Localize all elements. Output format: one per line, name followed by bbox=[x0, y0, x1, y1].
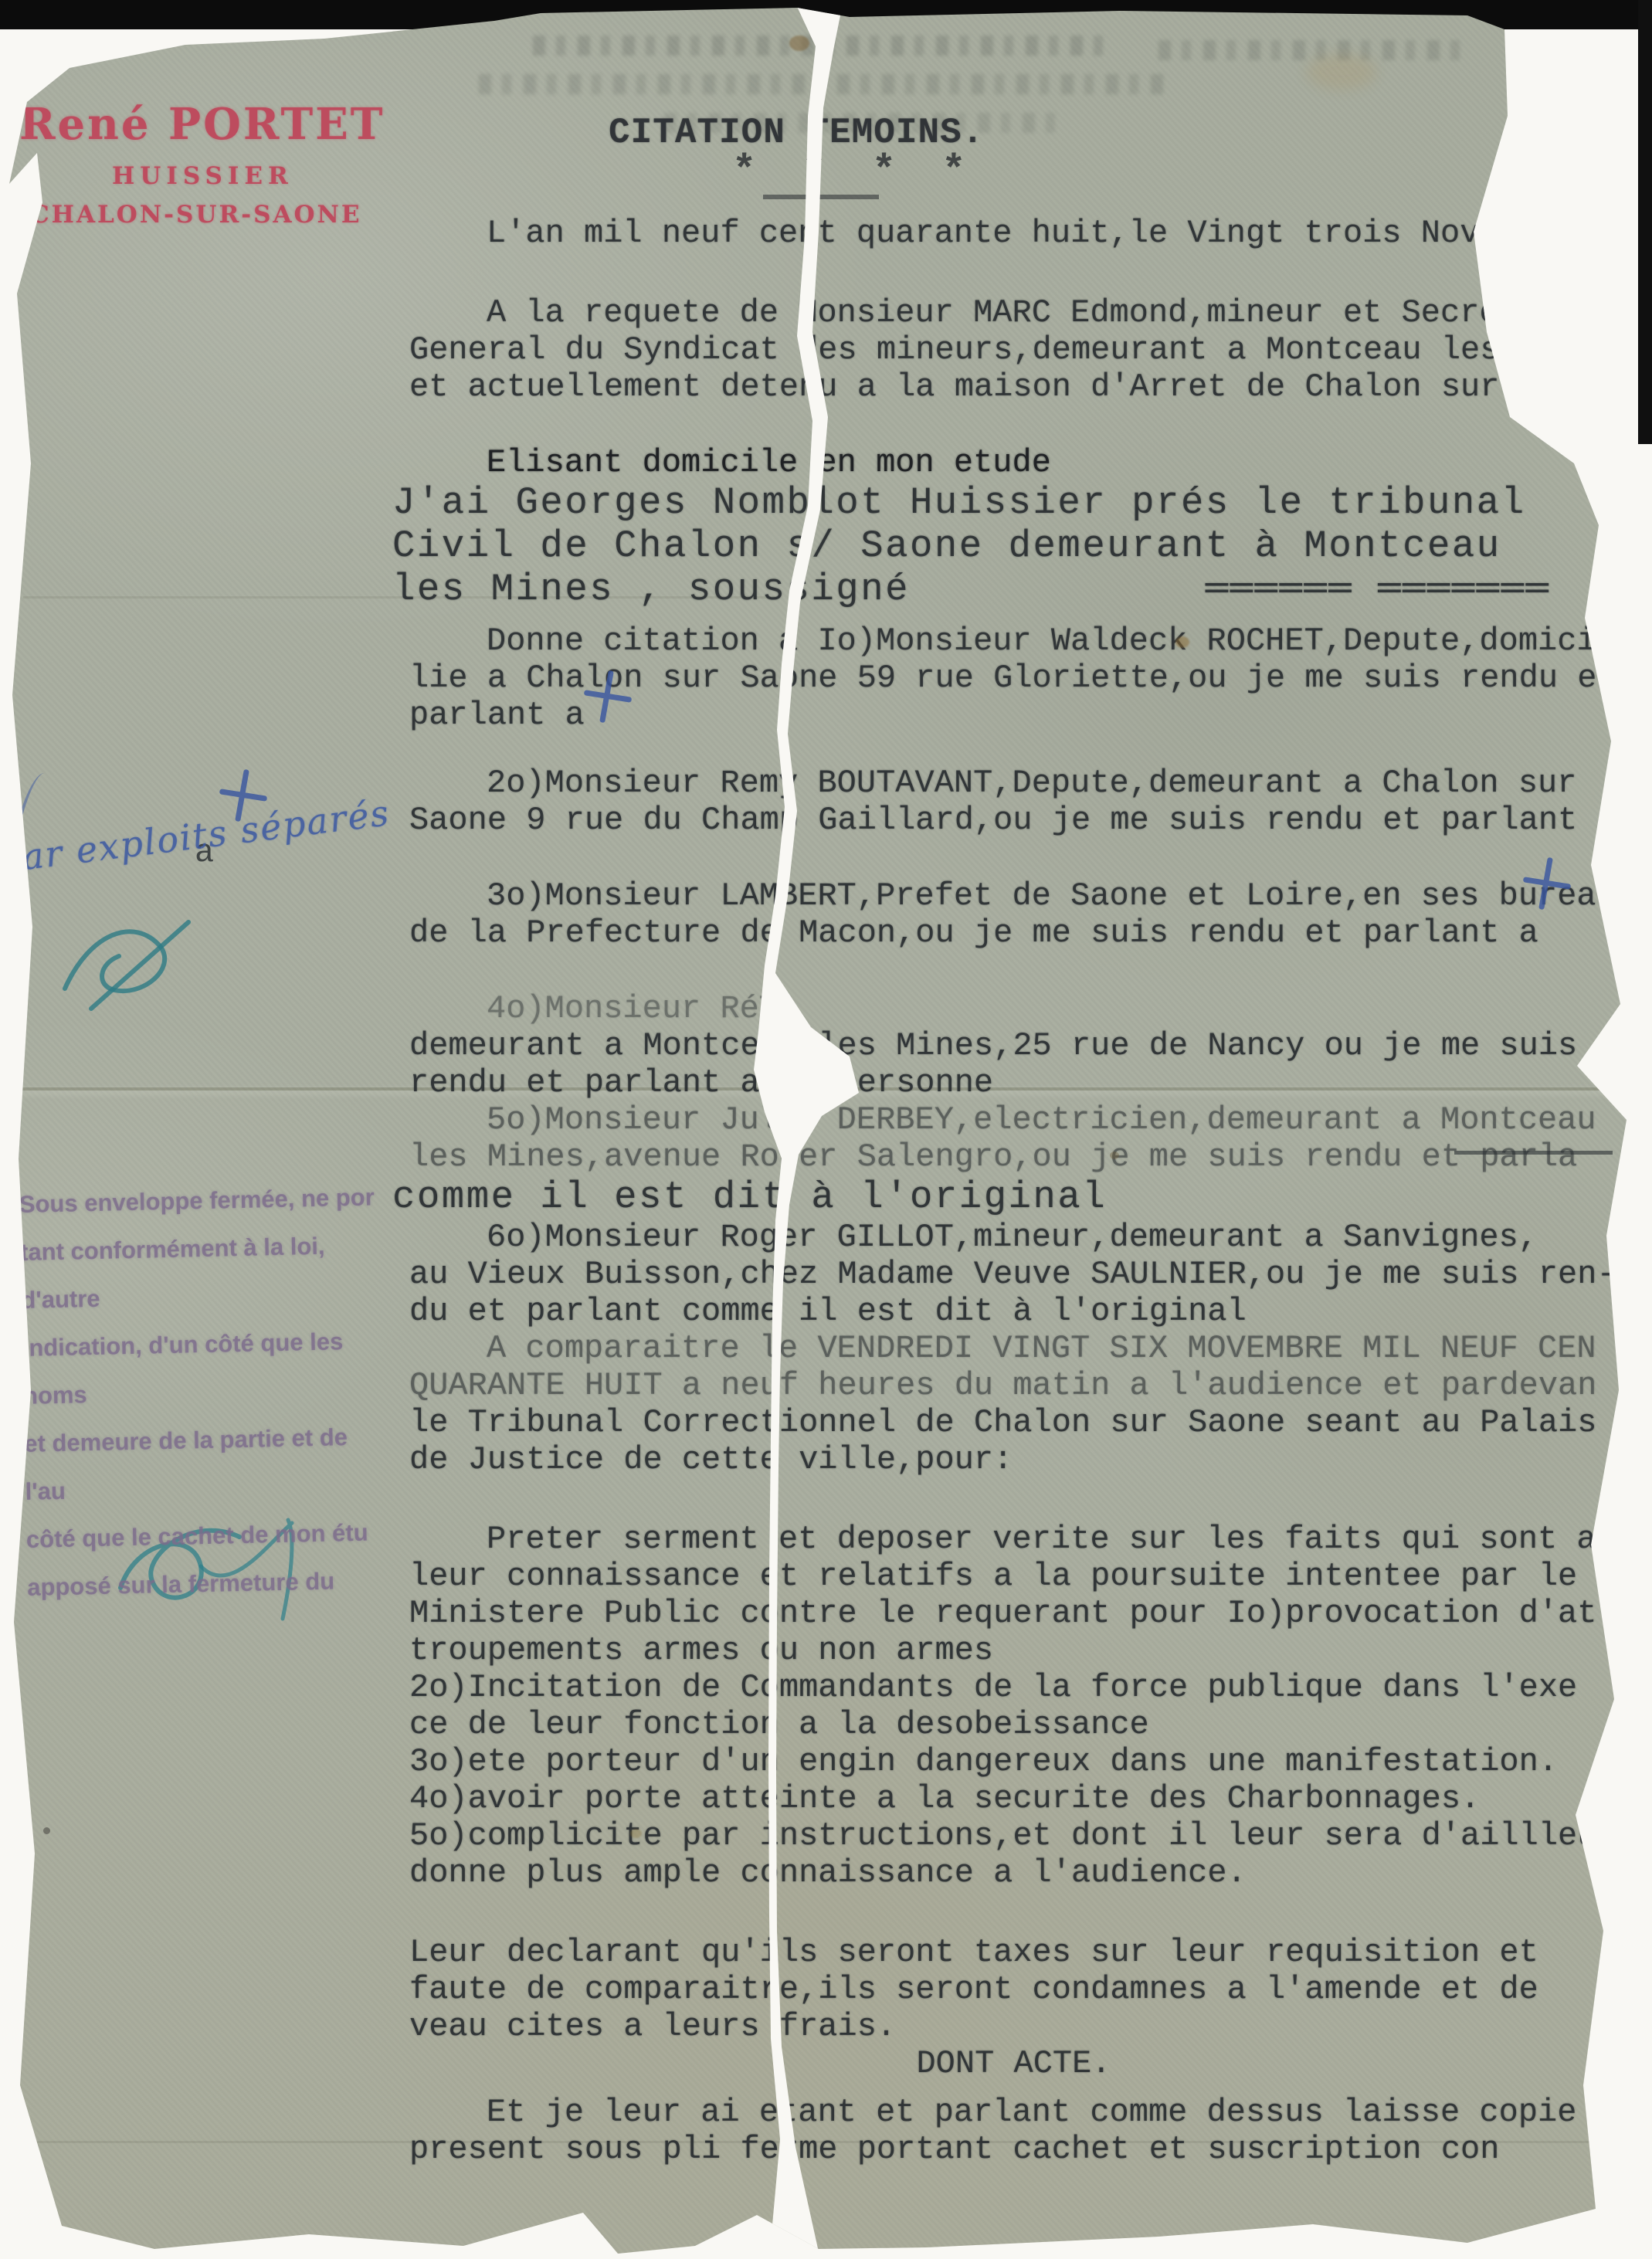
paper-sheet: René PORTET HUISSIER CHALON-SUR-SAONE CI… bbox=[0, 0, 1652, 2259]
letterhead-name: René PORTET bbox=[19, 99, 385, 150]
bleedthrough-text bbox=[1158, 40, 1460, 60]
typescript-line: DONT ACTE. bbox=[409, 2045, 1618, 2082]
stamp-line: Sous enveloppe fermée, ne por bbox=[19, 1173, 382, 1229]
typescript-line: comme il est dit à l'original bbox=[392, 1175, 1618, 1219]
typescript-line: Donne citation a Io)Monsieur Waldeck ROC… bbox=[409, 622, 1618, 660]
typescript-line: donne plus ample connaissance a l'audien… bbox=[409, 1854, 1618, 1891]
typescript-line: L'an mil neuf cent quarante huit,le Ving… bbox=[409, 215, 1618, 252]
privacy-stamp: Sous enveloppe fermée, ne por tant confo… bbox=[19, 1173, 391, 1612]
typescript-body: L'an mil neuf cent quarante huit,le Ving… bbox=[409, 215, 1618, 2168]
typescript-line: Elisant domicile en mon etude bbox=[409, 444, 1618, 481]
typescript-line: 2o)Incitation de Commandants de la force… bbox=[409, 1669, 1618, 1706]
typescript-line: 5o)complicite par instructions,et dont i… bbox=[409, 1817, 1618, 1854]
typescript-line: 5o)Monsieur Jules DERBEY,electricien,dem… bbox=[409, 1101, 1618, 1138]
typescript-line: Ministere Public contre le requerant pou… bbox=[409, 1595, 1618, 1632]
typescript-line: 6o)Monsieur Roger GILLOT,mineur,demeuran… bbox=[409, 1219, 1618, 1256]
typescript-line: Et je leur ai etant et parlant comme des… bbox=[409, 2094, 1618, 2131]
stain-spot bbox=[630, 1829, 642, 1838]
typescript-line: du et parlant comme il est dit à l'origi… bbox=[409, 1293, 1618, 1330]
letterhead-city: CHALON-SUR-SAONE bbox=[30, 201, 385, 229]
typescript-line: le Tribunal Correctionnel de Chalon sur … bbox=[409, 1404, 1618, 1441]
typescript-line: 4o)avoir porte atteinte a la securite de… bbox=[409, 1780, 1618, 1817]
typescript-line: General du Syndicat des mineurs,demeuran… bbox=[409, 331, 1618, 368]
typescript-line: ce de leur fonction a la desobeissance bbox=[409, 1706, 1618, 1743]
typescript-line: present sous pli ferme portant cachet et… bbox=[409, 2131, 1618, 2168]
typescript-line: de Justice de cette ville,pour: bbox=[409, 1441, 1618, 1478]
typescript-line: rendu et parlant a personne bbox=[409, 1064, 1618, 1101]
stain-spot bbox=[43, 1827, 50, 1834]
document-title: CITATION TEMOINS. bbox=[609, 113, 984, 153]
typescript-line: au Vieux Buisson,chez Madame Veuve SAULN… bbox=[409, 1256, 1618, 1293]
letterhead-role: HUISSIER bbox=[112, 162, 385, 190]
stain-spot bbox=[1307, 54, 1376, 90]
stamp-line: et demeure de la partie et de l'au bbox=[24, 1413, 388, 1516]
typescript-line: Leur declarant qu'ils seront taxes sur l… bbox=[409, 1934, 1618, 1971]
stain-spot bbox=[789, 36, 809, 51]
typescript-line: Saone 9 rue du Champ Gaillard,ou je me s… bbox=[409, 802, 1618, 839]
title-underline bbox=[763, 195, 879, 199]
stamp-line: apposé sur la fermeture du bbox=[27, 1556, 391, 1612]
typescript-line: faute de comparaitre,ils seront condamne… bbox=[409, 1971, 1618, 2008]
typescript-line: Civil de Chalon s/ Saone demeurant à Mon… bbox=[392, 524, 1618, 568]
scanner-bed-edge bbox=[1638, 0, 1652, 444]
typescript-line: parlant a bbox=[409, 697, 1618, 734]
typescript-line: J'ai Georges Nomblot Huissier prés le tr… bbox=[392, 481, 1618, 524]
typescript-line: leur connaissance et relatifs a la pours… bbox=[409, 1558, 1618, 1595]
typescript-line: Preter serment et deposer verite sur les… bbox=[409, 1521, 1618, 1558]
typescript-line: demeurant a Montceau les Mines,25 rue de… bbox=[409, 1027, 1618, 1064]
typescript-line: les Mines,avenue Roger Salengro,ou je me… bbox=[409, 1138, 1618, 1175]
title-stars: * * * * bbox=[732, 148, 976, 194]
typescript-line: de la Prefecture de Macon,ou je me suis … bbox=[409, 914, 1618, 951]
signature-paraph bbox=[51, 902, 221, 1018]
stamp-line: tant conformément à la loi, d'autre bbox=[20, 1221, 385, 1325]
typescript-line: 3o)ete porteur d'un engin dangereux dans… bbox=[409, 1743, 1618, 1780]
typescript-line: troupements armes ou non armes bbox=[409, 1632, 1618, 1669]
stain-spot bbox=[1175, 636, 1189, 648]
typescript-line: A comparaitre le VENDREDI VINGT SIX MOVE… bbox=[409, 1330, 1618, 1367]
typescript-line: 2o)Monsieur Remy BOUTAVANT,Depute,demeur… bbox=[409, 765, 1618, 802]
typescript-line: les Mines , soussigné ══════ ═══════ bbox=[392, 568, 1618, 611]
typescript-line: et actuellement detenu a la maison d'Arr… bbox=[409, 368, 1618, 405]
typescript-line: QUARANTE HUIT a neuf heures du matin a l… bbox=[409, 1367, 1618, 1404]
stain-spot bbox=[1110, 1152, 1119, 1159]
typescript-line: 3o)Monsieur LAMBERT,Prefet de Saone et L… bbox=[409, 877, 1618, 914]
scanned-document-page: René PORTET HUISSIER CHALON-SUR-SAONE CI… bbox=[0, 0, 1652, 2259]
stamp-line: côté que le cachet de mon étu bbox=[25, 1508, 389, 1564]
typescript-line: A la requete de Monsieur MARC Edmond,min… bbox=[409, 294, 1618, 331]
montceau-underline-mark bbox=[1454, 1151, 1613, 1155]
typescript-line: 4o)Monsieur RéT bbox=[409, 990, 1618, 1027]
typescript-line: veau cites a leurs frais. bbox=[409, 2008, 1618, 2045]
stamp-line: indication, d'un côté que les noms bbox=[22, 1317, 386, 1420]
stain-spot bbox=[17, 856, 27, 866]
letterhead: René PORTET HUISSIER CHALON-SUR-SAONE bbox=[19, 99, 385, 229]
